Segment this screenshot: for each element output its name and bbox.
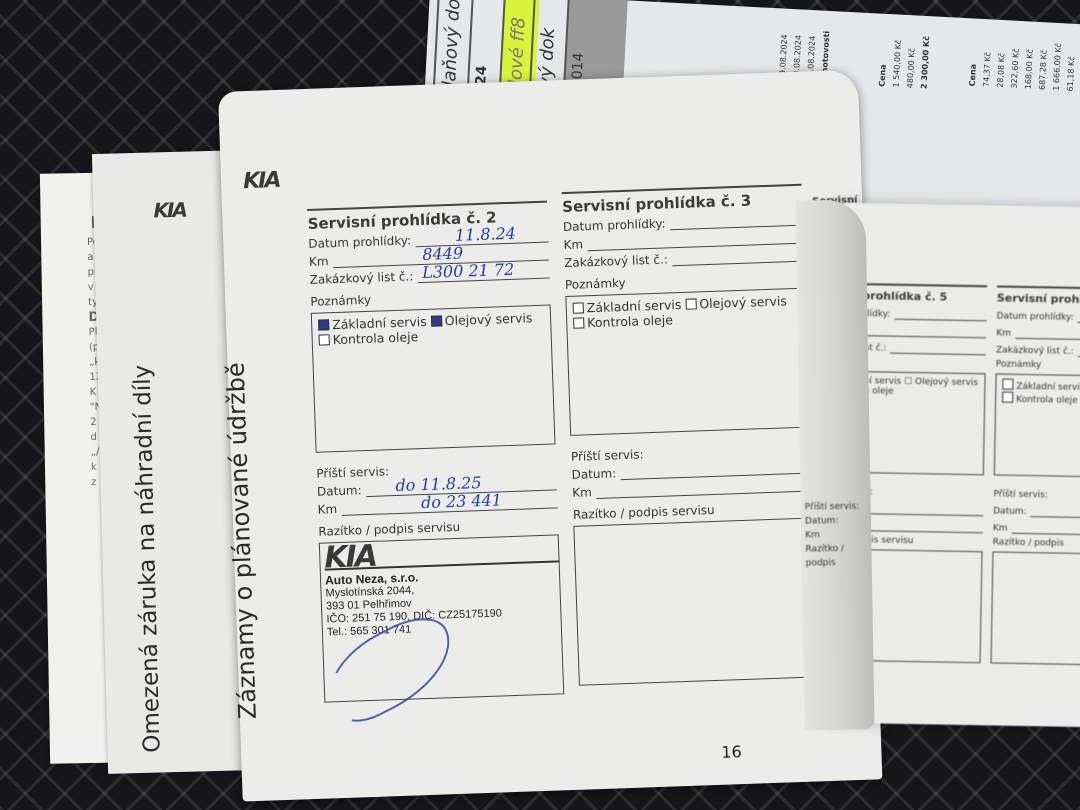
checkbox-basic-service[interactable] [318,319,329,330]
handwritten-next-km: do 23 441 [421,490,503,512]
invoice-prices: Cena 1 540,00 Kč480,00 Kč2 300,00 Kč [876,34,935,90]
service-record-3: Servisní prohlídka č. 3 Datum prohlídky:… [562,184,819,686]
invoice-prices: Cena 74,37 Kč28,08 Kč322,60 Kč168,00 Kč6… [966,38,1080,92]
service-records-page: KIA Záznamy o plánované údržbě Servisní … [218,70,882,802]
kia-logo: KIA [243,168,280,194]
page-number: 16 [721,742,742,762]
checkbox-oil-service[interactable] [685,298,696,309]
checkbox-oil-check[interactable] [319,334,330,345]
tab-limited-warranty: Omezená záruka na náhradní díly [127,283,165,754]
handwritten-date: 11.8.24 [455,224,517,245]
page-curl: Příští servis: Datum: Km Razítko / podpi… [795,199,874,730]
checkbox-oil-service[interactable] [431,315,442,326]
notes-box: Základní servis Olejový servis Kontrola … [311,305,556,453]
service-title: Servisní prohlídka č. 3 [562,184,803,216]
notes-box: Základní servis Olejový servis Kontrola … [565,288,810,436]
dealer-stamp-box: KIA Auto Neza, s.r.o. Myslotínská 2044, … [319,534,564,702]
dealer-stamp-box [573,517,818,685]
handwritten-order-number: L300 21 72 [422,260,515,282]
service-record-6: Servisní prohlídka Datum prohlídky: Km Z… [991,285,1080,665]
checkbox-basic-service[interactable] [573,302,584,313]
checkbox-oil-check[interactable] [573,317,584,328]
service-record-2: Servisní prohlídka č. 2 Datum prohlídky:… [307,201,564,703]
